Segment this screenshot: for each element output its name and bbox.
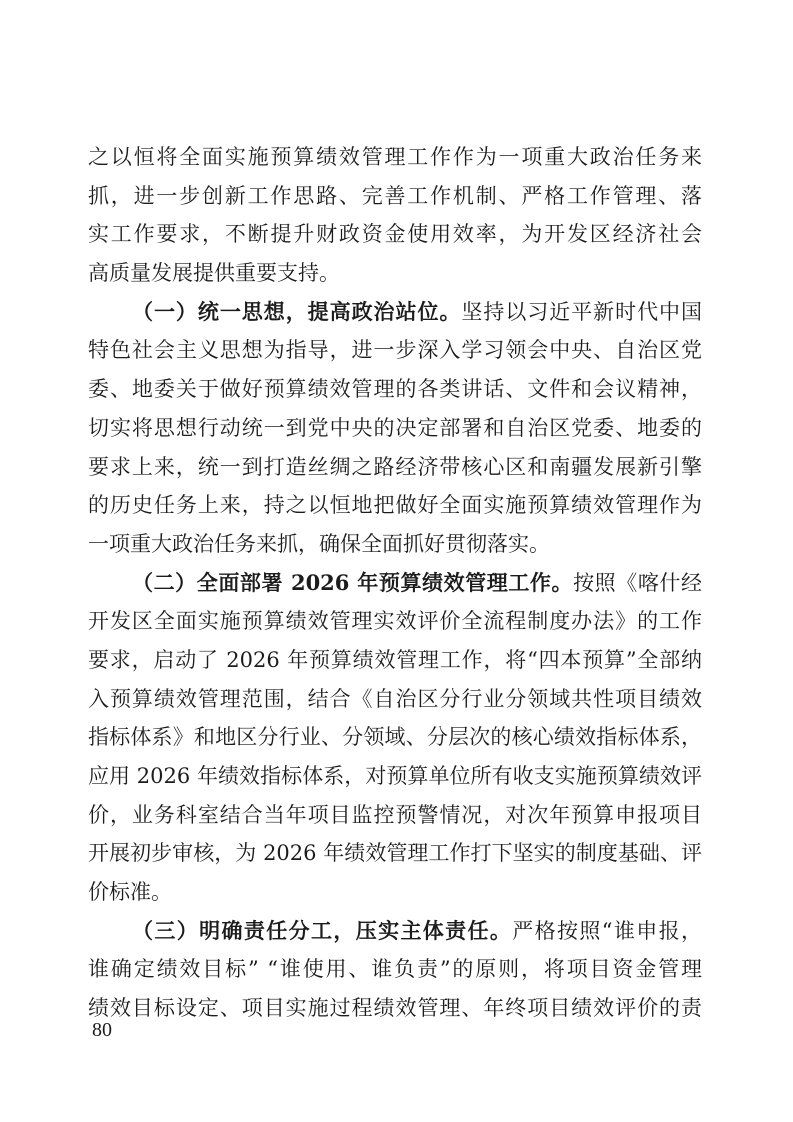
line-text: 抓，进一步创新工作思路、完善工作机制、严格工作管理、落 bbox=[88, 184, 702, 208]
line-text: 特色社会主义思想为指导，进一步深入学习领会中央、自治区党 bbox=[88, 338, 702, 362]
text-line: （三）明确责任分工，压实主体责任。严格按照“谁申报， bbox=[88, 912, 702, 951]
text-line: 切实将思想行动统一到党中央的决定部署和自治区党委、地委的 bbox=[88, 409, 702, 448]
line-text: 的历史任务上来，持之以恒地把做好全面实施预算绩效管理作为 bbox=[88, 493, 702, 517]
text-line: 实工作要求，不断提升财政资金使用效率，为开发区经济社会 bbox=[88, 215, 702, 254]
line-text: 绩效目标设定、项目实施过程绩效管理、年终项目绩效评价的责 bbox=[88, 996, 702, 1020]
line-text: 价，业务科室结合当年项目监控预警情况，对次年预算申报项目 bbox=[88, 803, 702, 827]
text-line: 指标体系》和地区分行业、分领域、分层次的核心绩效指标体系， bbox=[88, 718, 702, 757]
line-text: 价标准。 bbox=[88, 880, 172, 904]
line-text: 切实将思想行动统一到党中央的决定部署和自治区党委、地委的 bbox=[88, 416, 702, 440]
line-text: 谁确定绩效目标” “谁使用、谁负责”的原则，将项目资金管理 bbox=[88, 957, 702, 981]
text-line: 绩效目标设定、项目实施过程绩效管理、年终项目绩效评价的责 bbox=[88, 989, 702, 1028]
text-line: 应用 2026 年绩效指标体系，对预算单位所有收支实施预算绩效评 bbox=[88, 757, 702, 796]
text-line: 价标准。 bbox=[88, 873, 702, 912]
body-text: 之以恒将全面实施预算绩效管理工作作为一项重大政治任务来 抓，进一步创新工作思路、… bbox=[88, 138, 702, 1028]
line-text: 要求，启动了 2026 年预算绩效管理工作，将“四本预算”全部纳 bbox=[88, 648, 702, 672]
document-page: 之以恒将全面实施预算绩效管理工作作为一项重大政治任务来 抓，进一步创新工作思路、… bbox=[0, 0, 793, 1122]
text-line: 一项重大政治任务来抓，确保全面抓好贯彻落实。 bbox=[88, 525, 702, 564]
line-text: 入预算绩效管理范围，结合《自治区分行业分领域共性项目绩效 bbox=[88, 687, 702, 711]
line-text: 严格按照“谁申报， bbox=[512, 919, 702, 943]
text-line: 开展初步审核，为 2026 年绩效管理工作打下坚实的制度基础、评 bbox=[88, 834, 702, 873]
line-text: 一项重大政治任务来抓，确保全面抓好贯彻落实。 bbox=[88, 532, 550, 556]
page-number: 80 bbox=[92, 1018, 112, 1042]
line-text: 高质量发展提供重要支持。 bbox=[88, 261, 340, 285]
line-text: 开发区全面实施预算绩效管理实效评价全流程制度办法》的工作 bbox=[88, 609, 702, 633]
text-line: 抓，进一步创新工作思路、完善工作机制、严格工作管理、落 bbox=[88, 177, 702, 216]
line-text: 之以恒将全面实施预算绩效管理工作作为一项重大政治任务来 bbox=[88, 145, 702, 169]
line-text: 要求上来，统一到打造丝绸之路经济带核心区和南疆发展新引擎 bbox=[88, 455, 702, 479]
text-line: 开发区全面实施预算绩效管理实效评价全流程制度办法》的工作 bbox=[88, 602, 702, 641]
text-line: 之以恒将全面实施预算绩效管理工作作为一项重大政治任务来 bbox=[88, 138, 702, 177]
section-heading-1: （一）统一思想，提高政治站位。 bbox=[132, 299, 461, 324]
text-line: （一）统一思想，提高政治站位。坚持以习近平新时代中国 bbox=[88, 293, 702, 332]
text-line: 委、地委关于做好预算绩效管理的各类讲话、文件和会议精神， bbox=[88, 370, 702, 409]
line-text: 开展初步审核，为 2026 年绩效管理工作打下坚实的制度基础、评 bbox=[88, 841, 702, 865]
text-line: 入预算绩效管理范围，结合《自治区分行业分领域共性项目绩效 bbox=[88, 680, 702, 719]
section-heading-2: （二）全面部署 2026 年预算绩效管理工作。 bbox=[132, 570, 573, 595]
text-line: 的历史任务上来，持之以恒地把做好全面实施预算绩效管理作为 bbox=[88, 486, 702, 525]
text-line: 要求，启动了 2026 年预算绩效管理工作，将“四本预算”全部纳 bbox=[88, 641, 702, 680]
text-line: 谁确定绩效目标” “谁使用、谁负责”的原则，将项目资金管理 bbox=[88, 950, 702, 989]
text-line: 价，业务科室结合当年项目监控预警情况，对次年预算申报项目 bbox=[88, 796, 702, 835]
text-line: 要求上来，统一到打造丝绸之路经济带核心区和南疆发展新引擎 bbox=[88, 448, 702, 487]
line-text: 坚持以习近平新时代中国 bbox=[461, 300, 702, 324]
section-heading-3: （三）明确责任分工，压实主体责任。 bbox=[132, 918, 512, 943]
line-text: 应用 2026 年绩效指标体系，对预算单位所有收支实施预算绩效评 bbox=[88, 764, 702, 788]
line-text: 指标体系》和地区分行业、分领域、分层次的核心绩效指标体系， bbox=[88, 725, 702, 749]
line-text: 委、地委关于做好预算绩效管理的各类讲话、文件和会议精神， bbox=[88, 377, 702, 401]
text-line: 特色社会主义思想为指导，进一步深入学习领会中央、自治区党 bbox=[88, 331, 702, 370]
text-line: 高质量发展提供重要支持。 bbox=[88, 254, 702, 293]
line-text: 实工作要求，不断提升财政资金使用效率，为开发区经济社会 bbox=[88, 222, 702, 246]
text-line: （二）全面部署 2026 年预算绩效管理工作。按照《喀什经济 bbox=[88, 564, 702, 603]
